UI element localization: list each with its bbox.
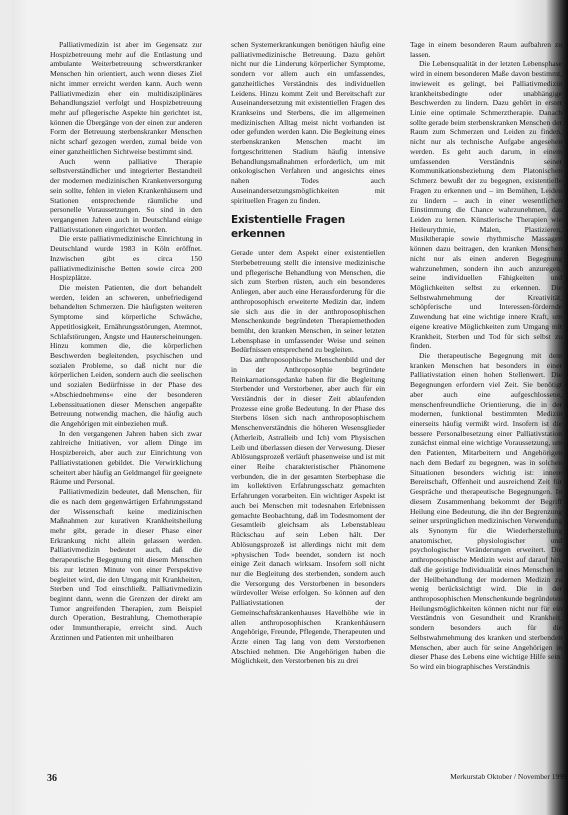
paragraph: Tage in einem besonderen Raum aufbahren … bbox=[410, 40, 562, 59]
paragraph: schen Systemerkrankungen benötigen häufi… bbox=[231, 40, 385, 205]
paragraph: Auch wenn palliative Therapie selbstvers… bbox=[50, 157, 202, 235]
paragraph: Die meisten Patienten, die dort behandel… bbox=[50, 283, 202, 429]
paragraph: Die Lebensqualität in der letzten Lebens… bbox=[410, 59, 562, 351]
text-column-middle: schen Systemerkrankungen benötigen häufi… bbox=[231, 40, 385, 666]
magazine-page: Palliativmedizin ist aber im Gegensatz z… bbox=[12, 0, 568, 815]
paragraph: Die therapeutische Begegnung mit dem kra… bbox=[410, 351, 562, 672]
paragraph: Das anthroposophische Menschenbild und d… bbox=[231, 355, 385, 666]
publication-footer: Merkurstab Oktober / November 1999 bbox=[402, 772, 567, 781]
text-column-left: Palliativmedizin ist aber im Gegensatz z… bbox=[50, 40, 202, 643]
paragraph: Palliativmedizin bedeutet, daß Menschen,… bbox=[50, 487, 202, 643]
paragraph: In den vergangenen Jahren haben sich zwa… bbox=[50, 429, 202, 487]
paragraph: Gerade unter dem Aspekt einer existentie… bbox=[231, 248, 385, 355]
paragraph: Palliativmedizin ist aber im Gegensatz z… bbox=[50, 40, 202, 157]
text-column-right: Tage in einem besonderen Raum aufbahren … bbox=[410, 40, 562, 672]
section-heading: Existentielle Fragen erkennen bbox=[231, 213, 385, 241]
paragraph: Die erste palliativmedizinische Einricht… bbox=[50, 234, 202, 283]
page-number: 36 bbox=[47, 773, 57, 784]
